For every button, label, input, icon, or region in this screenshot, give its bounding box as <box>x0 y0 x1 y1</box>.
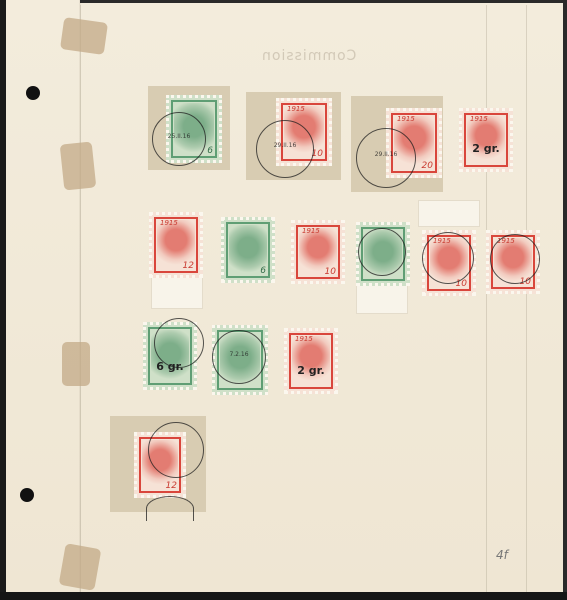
pencil-note: 4f <box>496 548 508 562</box>
postmark: 7.2.16 <box>212 330 266 384</box>
hinge-tape <box>60 17 108 55</box>
postmark <box>358 228 406 276</box>
postmark <box>422 232 474 284</box>
postmark <box>148 422 204 478</box>
punch-hole <box>26 86 40 100</box>
stamp[interactable]: 6 <box>221 217 275 283</box>
postmark <box>490 234 540 284</box>
postmark: 29.II.16 <box>256 120 314 178</box>
postmark: 25.II.16 <box>152 112 206 166</box>
stamp[interactable]: 1915 12 <box>149 212 203 278</box>
fold-line <box>80 5 81 593</box>
hinge-tape <box>60 141 97 190</box>
ruled-line <box>526 5 527 593</box>
selvedge-margin <box>356 282 408 314</box>
stamp[interactable]: 1915 2 gr. <box>459 108 513 172</box>
scan-edge <box>0 592 567 600</box>
postmark <box>146 496 194 521</box>
scan-edge <box>563 0 567 600</box>
postmark <box>154 318 204 368</box>
album-page: Commission 6 25.II.16 1915 10 29.II.16 1… <box>6 0 567 592</box>
hinge-tape <box>59 543 102 591</box>
scan-edge <box>80 0 567 3</box>
postmark: 29.II.16 <box>356 128 416 188</box>
punch-hole <box>20 488 34 502</box>
selvedge-margin <box>418 200 480 227</box>
faint-page-title: Commission <box>261 48 356 64</box>
ruled-line <box>486 5 487 593</box>
selvedge-margin <box>151 275 203 309</box>
stamp[interactable]: 1915 10 <box>291 220 345 284</box>
hinge-tape <box>62 342 90 386</box>
stamp[interactable]: 1915 2 gr. <box>284 328 338 394</box>
